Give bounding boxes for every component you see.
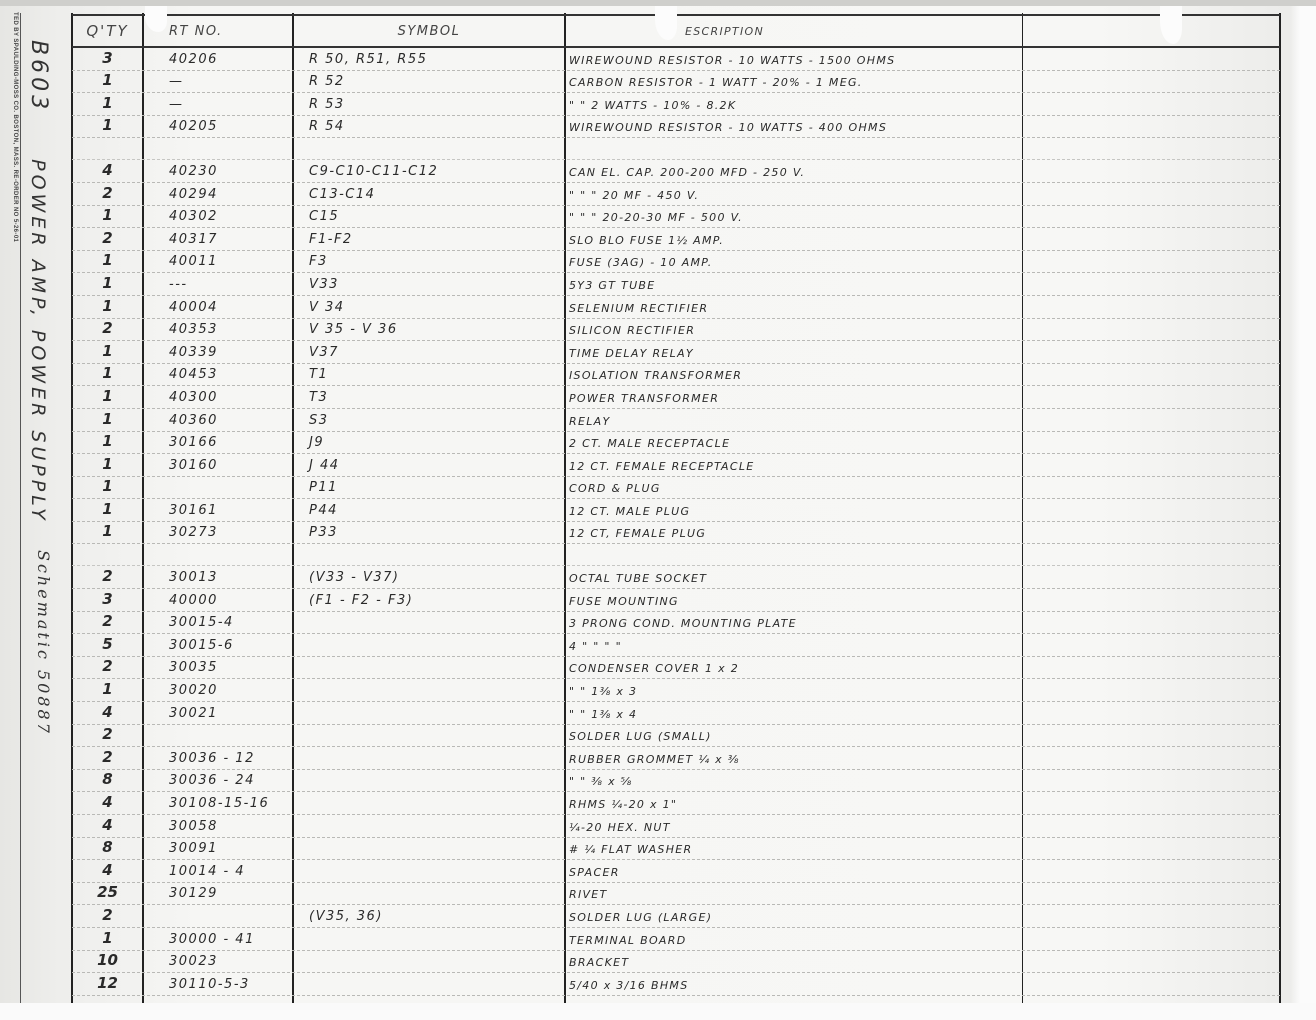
- symbol-cell: V37: [293, 345, 565, 363]
- table-row: 140011F3FUSE (3AG) - 10 AMP.: [72, 251, 1280, 274]
- table-row: 140339V37TIME DELAY RELAY: [72, 341, 1280, 364]
- table-row: 130273P3312 CT, FEMALE PLUG: [72, 522, 1280, 545]
- qty-cell: 2: [72, 319, 143, 340]
- table-row: 1030023BRACKET: [72, 951, 1280, 974]
- qty-cell: 1: [72, 522, 143, 543]
- description-cell: 5Y3 GT TUBE: [565, 279, 1023, 295]
- table-row: [72, 544, 1280, 566]
- table-row: 1—R 52CARBON RESISTOR - 1 WATT - 20% - 1…: [72, 71, 1280, 94]
- part-no-cell: 30108-15-16: [143, 796, 293, 814]
- description-cell: RIVET: [565, 888, 1023, 904]
- part-no-cell: 30036 - 12: [143, 751, 293, 769]
- table-row: 140302C15" " " 20-20-30 MF - 500 V.: [72, 206, 1280, 229]
- blank-cell: [1023, 67, 1280, 70]
- qty-cell: 1: [72, 455, 143, 476]
- symbol-cell: [293, 901, 565, 904]
- symbol-cell: F1-F2: [293, 232, 565, 250]
- part-no-cell: 40360: [143, 413, 293, 431]
- symbol-cell: [293, 721, 565, 724]
- part-no-cell: 30036 - 24: [143, 773, 293, 791]
- qty-cell: 2: [72, 612, 143, 633]
- qty-cell: [72, 156, 143, 159]
- part-no-cell: —: [143, 97, 293, 115]
- blank-cell: [1023, 382, 1280, 385]
- table-row: 130020 " " 1⅜ x 3: [72, 679, 1280, 702]
- qty-cell: 2: [72, 748, 143, 769]
- table-row: 1---V335Y3 GT TUBE: [72, 273, 1280, 296]
- table-row: 230013(V33 - V37)OCTAL TUBE SOCKET: [72, 566, 1280, 589]
- description-cell: RELAY: [565, 415, 1023, 431]
- table-row: 130000 - 41TERMINAL BOARD: [72, 928, 1280, 951]
- qty-cell: 5: [72, 635, 143, 656]
- qty-cell: 1: [72, 477, 143, 498]
- description-cell: CORD & PLUG: [565, 482, 1023, 498]
- description-cell: CARBON RESISTOR - 1 WATT - 20% - 1 MEG.: [565, 76, 1023, 92]
- symbol-cell: [293, 969, 565, 972]
- description-cell: SOLDER LUG (SMALL): [565, 730, 1023, 746]
- blank-cell: [1023, 969, 1280, 972]
- qty-cell: 1: [72, 680, 143, 701]
- description-cell: TIME DELAY RELAY: [565, 347, 1023, 363]
- part-no-cell: ---: [143, 277, 293, 295]
- qty-cell: 1: [72, 116, 143, 137]
- qty-cell: [72, 562, 143, 565]
- blank-cell: [1023, 562, 1280, 565]
- parts-table: Q'TY RT NO. SYMBOL ESCRIPTION 340206R 50…: [72, 14, 1280, 996]
- qty-cell: 1: [72, 206, 143, 227]
- part-no-cell: 40300: [143, 390, 293, 408]
- blank-cell: [1023, 947, 1280, 950]
- blank-cell: [1023, 653, 1280, 656]
- description-cell: POWER TRANSFORMER: [565, 392, 1023, 408]
- table-row: 140004V 34SELENIUM RECTIFIER: [72, 296, 1280, 319]
- blank-cell: [1023, 675, 1280, 678]
- qty-cell: 1: [72, 364, 143, 385]
- part-no-cell: [143, 156, 293, 159]
- table-row: 240317F1-F2SLO BLO FUSE 1½ AMP.: [72, 228, 1280, 251]
- description-cell: " " 1⅜ x 4: [565, 708, 1023, 724]
- description-cell: " " ⅜ x ⅝: [565, 775, 1023, 791]
- symbol-cell: R 54: [293, 119, 565, 137]
- qty-cell: 2: [72, 657, 143, 678]
- description-cell: ¼-20 HEX. NUT: [565, 821, 1023, 837]
- part-no-cell: 40453: [143, 367, 293, 385]
- description-cell: ISOLATION TRANSFORMER: [565, 369, 1023, 385]
- part-no-cell: 40294: [143, 187, 293, 205]
- qty-cell: 1: [72, 410, 143, 431]
- qty-cell: 4: [72, 861, 143, 882]
- part-no-cell: 30129: [143, 886, 293, 904]
- part-no-cell: 40230: [143, 164, 293, 182]
- qty-cell: 8: [72, 838, 143, 859]
- part-no-cell: 30015-4: [143, 615, 293, 633]
- symbol-cell: P33: [293, 525, 565, 543]
- part-no-cell: 30015-6: [143, 638, 293, 656]
- symbol-cell: V 34: [293, 300, 565, 318]
- description-cell: WIREWOUND RESISTOR - 10 WATTS - 400 OHMS: [565, 121, 1023, 137]
- table-row: [72, 138, 1280, 160]
- table-row: 430058¼-20 HEX. NUT: [72, 815, 1280, 838]
- part-no-cell: 30091: [143, 841, 293, 859]
- table-row: 830091# ¼ FLAT WASHER: [72, 838, 1280, 861]
- part-no-cell: 30035: [143, 660, 293, 678]
- qty-cell: 1: [72, 342, 143, 363]
- description-cell: " " " 20 MF - 450 V.: [565, 189, 1023, 205]
- symbol-cell: (F1 - F2 - F3): [293, 593, 565, 611]
- table-row: 1P11CORD & PLUG: [72, 477, 1280, 500]
- part-no-cell: [143, 924, 293, 927]
- part-no-cell: 30110-5-3: [143, 977, 293, 995]
- qty-cell: 1: [72, 432, 143, 453]
- blank-cell: [1023, 292, 1280, 295]
- part-no-cell: 30273: [143, 525, 293, 543]
- part-no-cell: [143, 562, 293, 565]
- blank-cell: [1023, 495, 1280, 498]
- description-cell: WIREWOUND RESISTOR - 10 WATTS - 1500 OHM…: [565, 54, 1023, 70]
- table-row: 130160J 4412 CT. FEMALE RECEPTACLE: [72, 454, 1280, 477]
- blank-cell: [1023, 134, 1280, 137]
- qty-cell: 1: [72, 94, 143, 115]
- table-row: 230015-43 PRONG COND. MOUNTING PLATE: [72, 612, 1280, 635]
- blank-cell: [1023, 788, 1280, 791]
- symbol-cell: [293, 630, 565, 633]
- symbol-cell: [293, 653, 565, 656]
- description-cell: # ¼ FLAT WASHER: [565, 843, 1023, 859]
- symbol-cell: [293, 811, 565, 814]
- blank-cell: [1023, 202, 1280, 205]
- blank-cell: [1023, 721, 1280, 724]
- blank-cell: [1023, 450, 1280, 453]
- qty-cell: 8: [72, 770, 143, 791]
- description-cell: TERMINAL BOARD: [565, 934, 1023, 950]
- blank-cell: [1023, 405, 1280, 408]
- symbol-cell: [293, 766, 565, 769]
- blank-cell: [1023, 315, 1280, 318]
- table-row: 1—R 53" " 2 WATTS - 10% - 8.2K: [72, 93, 1280, 116]
- blank-cell: [1023, 879, 1280, 882]
- symbol-cell: R 50, R51, R55: [293, 52, 565, 70]
- description-cell: RUBBER GROMMET ¼ x ⅜: [565, 753, 1023, 769]
- symbol-cell: T3: [293, 390, 565, 408]
- symbol-cell: [293, 698, 565, 701]
- qty-cell: 2: [72, 184, 143, 205]
- symbol-cell: R 53: [293, 97, 565, 115]
- qty-cell: 2: [72, 567, 143, 588]
- symbol-cell: J9: [293, 435, 565, 453]
- table-row: 340000(F1 - F2 - F3)FUSE MOUNTING: [72, 589, 1280, 612]
- table-row: 230035CONDENSER COVER 1 x 2: [72, 657, 1280, 680]
- description-cell: SILICON RECTIFIER: [565, 324, 1023, 340]
- part-no-cell: 10014 - 4: [143, 864, 293, 882]
- part-no-cell: 30000 - 41: [143, 932, 293, 950]
- blank-cell: [1023, 811, 1280, 814]
- description-cell: [565, 562, 1023, 565]
- qty-cell: 4: [72, 161, 143, 182]
- part-no-cell: 30013: [143, 570, 293, 588]
- table-row: 2(V35, 36)SOLDER LUG (LARGE): [72, 905, 1280, 928]
- qty-cell: 1: [72, 274, 143, 295]
- symbol-cell: [293, 992, 565, 995]
- description-cell: SOLDER LUG (LARGE): [565, 911, 1023, 927]
- qty-cell: 2: [72, 725, 143, 746]
- symbol-cell: C15: [293, 209, 565, 227]
- part-no-cell: 40000: [143, 593, 293, 611]
- description-cell: BRACKET: [565, 956, 1023, 972]
- description-cell: [565, 156, 1023, 159]
- blank-cell: [1023, 540, 1280, 543]
- part-no-cell: 40206: [143, 52, 293, 70]
- header-symbol: SYMBOL: [293, 24, 565, 39]
- blank-cell: [1023, 337, 1280, 340]
- description-cell: 12 CT. MALE PLUG: [565, 505, 1023, 521]
- symbol-cell: P11: [293, 480, 565, 498]
- description-cell: SPACER: [565, 866, 1023, 882]
- table-row: 130161P4412 CT. MALE PLUG: [72, 499, 1280, 522]
- symbol-cell: [293, 788, 565, 791]
- table-row: 140205R 54WIREWOUND RESISTOR - 10 WATTS …: [72, 116, 1280, 139]
- description-cell: RHMS ¼-20 x 1": [565, 798, 1023, 814]
- blank-cell: [1023, 224, 1280, 227]
- table-row: 830036 - 24 " " ⅜ x ⅝: [72, 770, 1280, 793]
- blank-cell: [1023, 247, 1280, 250]
- side-title: B603 POWER AMP, POWER SUPPLY: [26, 40, 51, 524]
- table-row: 140360S3RELAY: [72, 409, 1280, 432]
- symbol-cell: (V35, 36): [293, 909, 565, 927]
- scan-bottom-edge: [0, 1003, 1316, 1020]
- part-no-cell: 30023: [143, 954, 293, 972]
- blank-cell: [1023, 766, 1280, 769]
- part-no-cell: [143, 495, 293, 498]
- table-row: 430021 " " 1⅜ x 4: [72, 702, 1280, 725]
- description-cell: " " 2 WATTS - 10% - 8.2K: [565, 99, 1023, 115]
- symbol-cell: C9-C10-C11-C12: [293, 164, 565, 182]
- qty-cell: 3: [72, 590, 143, 611]
- qty-cell: 1: [72, 297, 143, 318]
- table-row: 340206R 50, R51, R55WIREWOUND RESISTOR -…: [72, 48, 1280, 71]
- blank-cell: [1023, 924, 1280, 927]
- table-row: 140453T1ISOLATION TRANSFORMER: [72, 364, 1280, 387]
- qty-cell: 2: [72, 229, 143, 250]
- description-cell: FUSE MOUNTING: [565, 595, 1023, 611]
- blank-cell: [1023, 112, 1280, 115]
- description-cell: 3 PRONG COND. MOUNTING PLATE: [565, 617, 1023, 633]
- blank-cell: [1023, 630, 1280, 633]
- symbol-cell: C13-C14: [293, 187, 565, 205]
- table-row: 230036 - 12RUBBER GROMMET ¼ x ⅜: [72, 747, 1280, 770]
- blank-cell: [1023, 698, 1280, 701]
- table-row: 130166J92 CT. MALE RECEPTACLE: [72, 432, 1280, 455]
- qty-cell: 2: [72, 906, 143, 927]
- symbol-cell: S3: [293, 413, 565, 431]
- qty-cell: 4: [72, 793, 143, 814]
- symbol-cell: [293, 947, 565, 950]
- header-qty: Q'TY: [72, 22, 143, 40]
- symbol-cell: P44: [293, 503, 565, 521]
- blank-cell: [1023, 743, 1280, 746]
- table-row: 2SOLDER LUG (SMALL): [72, 725, 1280, 748]
- description-cell: CONDENSER COVER 1 x 2: [565, 662, 1023, 678]
- part-no-cell: 30058: [143, 819, 293, 837]
- model-code: B603: [26, 40, 51, 113]
- qty-cell: 12: [72, 974, 143, 995]
- qty-cell: 1: [72, 251, 143, 272]
- header-description: ESCRIPTION: [565, 25, 1023, 38]
- symbol-cell: F3: [293, 254, 565, 272]
- qty-cell: 4: [72, 703, 143, 724]
- blank-cell: [1023, 360, 1280, 363]
- margin-rule: [20, 13, 21, 1003]
- table-row: 2530129RIVET: [72, 883, 1280, 906]
- blank-cell: [1023, 473, 1280, 476]
- symbol-cell: V 35 - V 36: [293, 322, 565, 340]
- description-cell: 4 " " " ": [565, 640, 1023, 656]
- description-cell: 5/40 x 3/16 BHMS: [565, 979, 1023, 995]
- part-no-cell: 30160: [143, 458, 293, 476]
- description-cell: CAN EL. CAP. 200-200 MFD - 250 V.: [565, 166, 1023, 182]
- symbol-cell: T1: [293, 367, 565, 385]
- table-row: 1230110-5-35/40 x 3/16 BHMS: [72, 973, 1280, 996]
- table-row: 240294C13-C14" " " 20 MF - 450 V.: [72, 183, 1280, 206]
- table-body: 340206R 50, R51, R55WIREWOUND RESISTOR -…: [72, 48, 1280, 996]
- part-no-cell: 40004: [143, 300, 293, 318]
- part-no-cell: 30020: [143, 683, 293, 701]
- description-cell: 2 CT. MALE RECEPTACLE: [565, 437, 1023, 453]
- scanned-parts-list-sheet: TED BY SPAULDING-MOSS CO. BOSTON, MASS. …: [0, 0, 1316, 1020]
- schematic-reference: Schematic 50887: [34, 550, 53, 736]
- blank-cell: [1023, 856, 1280, 859]
- table-row: 410014 - 4SPACER: [72, 860, 1280, 883]
- description-cell: FUSE (3AG) - 10 AMP.: [565, 256, 1023, 272]
- document-title: POWER AMP, POWER SUPPLY: [27, 159, 49, 523]
- symbol-cell: [293, 562, 565, 565]
- qty-cell: 10: [72, 951, 143, 972]
- table-row: 240353V 35 - V 36SILICON RECTIFIER: [72, 319, 1280, 342]
- part-no-cell: 40011: [143, 254, 293, 272]
- part-no-cell: 40339: [143, 345, 293, 363]
- table-row: 430108-15-16RHMS ¼-20 x 1": [72, 792, 1280, 815]
- description-cell: " " 1⅜ x 3: [565, 685, 1023, 701]
- blank-cell: [1023, 608, 1280, 611]
- symbol-cell: [293, 879, 565, 882]
- symbol-cell: V33: [293, 277, 565, 295]
- table-row: 140300T3POWER TRANSFORMER: [72, 386, 1280, 409]
- part-no-cell: [143, 743, 293, 746]
- part-no-cell: 40205: [143, 119, 293, 137]
- symbol-cell: [293, 743, 565, 746]
- part-no-cell: —: [143, 74, 293, 92]
- blank-cell: [1023, 585, 1280, 588]
- symbol-cell: [293, 856, 565, 859]
- description-cell: SELENIUM RECTIFIER: [565, 302, 1023, 318]
- part-no-cell: 40302: [143, 209, 293, 227]
- qty-cell: 1: [72, 500, 143, 521]
- blank-cell: [1023, 901, 1280, 904]
- description-cell: OCTAL TUBE SOCKET: [565, 572, 1023, 588]
- qty-cell: 1: [72, 387, 143, 408]
- printer-imprint: TED BY SPAULDING-MOSS CO. BOSTON, MASS. …: [4, 12, 18, 322]
- description-cell: 12 CT. FEMALE RECEPTACLE: [565, 460, 1023, 476]
- blank-cell: [1023, 156, 1280, 159]
- symbol-cell: (V33 - V37): [293, 570, 565, 588]
- description-cell: SLO BLO FUSE 1½ AMP.: [565, 234, 1023, 250]
- part-no-cell: 40317: [143, 232, 293, 250]
- qty-cell: 25: [72, 883, 143, 904]
- qty-cell: 4: [72, 816, 143, 837]
- blank-cell: [1023, 179, 1280, 182]
- table-row: 440230C9-C10-C11-C12CAN EL. CAP. 200-200…: [72, 160, 1280, 183]
- qty-cell: 1: [72, 71, 143, 92]
- description-cell: " " " 20-20-30 MF - 500 V.: [565, 211, 1023, 227]
- blank-cell: [1023, 834, 1280, 837]
- symbol-cell: [293, 834, 565, 837]
- qty-cell: 3: [72, 49, 143, 70]
- symbol-cell: [293, 675, 565, 678]
- blank-cell: [1023, 518, 1280, 521]
- table-row: 530015-64 " " " ": [72, 634, 1280, 657]
- qty-cell: 1: [72, 929, 143, 950]
- blank-cell: [1023, 89, 1280, 92]
- blank-cell: [1023, 992, 1280, 995]
- description-cell: 12 CT, FEMALE PLUG: [565, 527, 1023, 543]
- symbol-cell: J 44: [293, 458, 565, 476]
- blank-cell: [1023, 428, 1280, 431]
- part-no-cell: 30166: [143, 435, 293, 453]
- part-no-cell: 30161: [143, 503, 293, 521]
- part-no-cell: 40353: [143, 322, 293, 340]
- part-no-cell: 30021: [143, 706, 293, 724]
- symbol-cell: [293, 156, 565, 159]
- blank-cell: [1023, 269, 1280, 272]
- symbol-cell: R 52: [293, 74, 565, 92]
